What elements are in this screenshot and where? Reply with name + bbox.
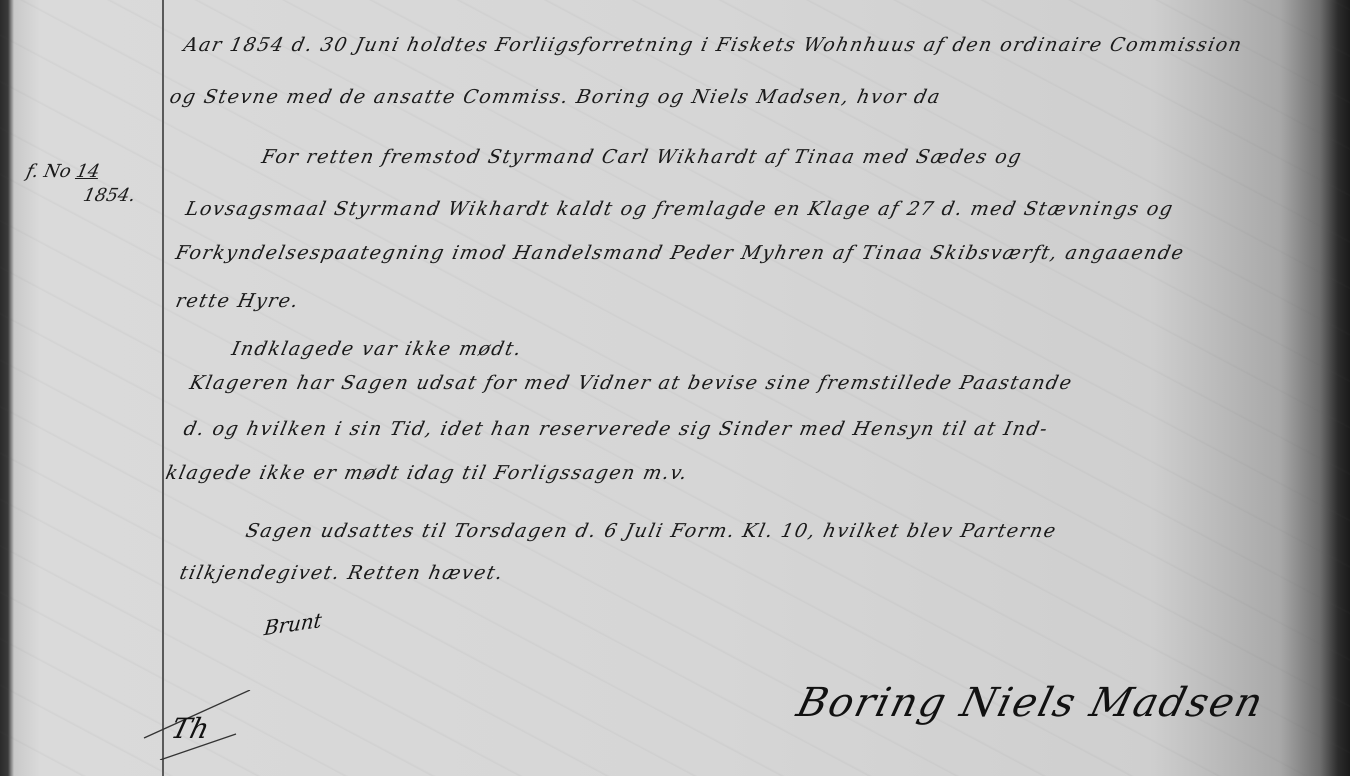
text-line-10: klagede ikke er mødt idag til Forligssag… [164,462,691,484]
signature-left: Brunt [263,608,323,641]
text-line-2: og Stevne med de ansatte Commiss. Boring… [168,86,943,108]
margin-rule [162,0,164,776]
text-line-6: rette Hyre. [174,290,302,312]
text-line-7: Indklagede var ikke mødt. [230,338,525,360]
text-line-5: Forkyndelsespaategning imod Handelsmand … [174,242,1187,264]
text-line-4: Lovsagsmaal Styrmand Wikhardt kaldt og f… [184,198,1176,220]
text-line-3: For retten fremstod Styrmand Carl Wikhar… [260,146,1025,168]
margin-prefix: f. No [24,161,73,182]
text-line-8: Klageren har Sagen udsat for med Vidner … [188,372,1075,394]
text-line-12: tilkjendegivet. Retten hævet. [178,562,506,584]
margin-case-number: f. No 14 1854. [19,160,143,208]
margin-year: 1854. [19,184,138,208]
text-line-1: Aar 1854 d. 30 Juni holdtes Forliigsforr… [182,34,1245,56]
signature-commissioners: Boring Niels Madsen [792,680,1269,726]
text-line-11: Sagen udsattes til Torsdagen d. 6 Juli F… [244,520,1059,542]
text-line-9: d. og hvilken i sin Tid, idet han reserv… [182,418,1051,440]
scanned-page: f. No 14 1854. Aar 1854 d. 30 Juni holdt… [0,0,1350,776]
margin-number: 14 [74,161,101,182]
